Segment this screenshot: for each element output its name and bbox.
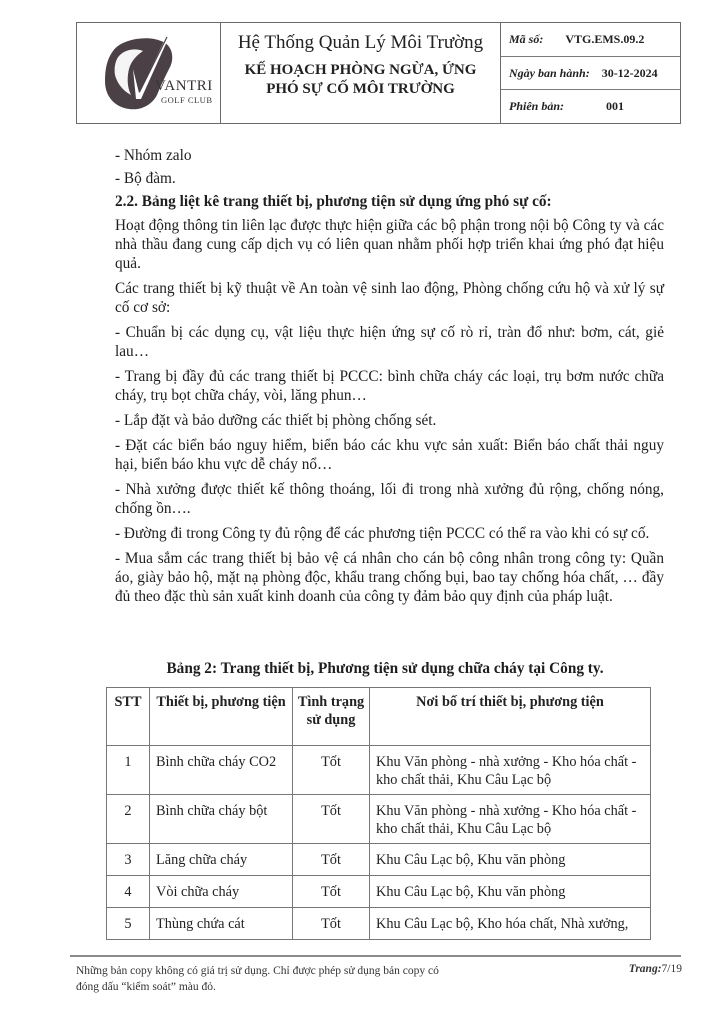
para-communication: Hoạt động thông tin liên lạc được thực h… <box>115 216 664 273</box>
cell-status: Tốt <box>293 908 370 940</box>
table-row: 4 Vòi chữa cháy Tốt Khu Câu Lạc bộ, Khu … <box>107 876 651 908</box>
cell-stt: 5 <box>107 908 150 940</box>
cell-status: Tốt <box>293 746 370 795</box>
document-header: VANTRI GOLF CLUB Hệ Thống Quản Lý Môi Tr… <box>76 22 681 124</box>
doc-code-label: Mã số: <box>509 32 543 47</box>
version-label: Phiên bản: <box>509 99 564 114</box>
bullet-zalo: - Nhóm zalo <box>115 146 664 165</box>
page-label: Trang: <box>629 963 662 975</box>
cell-equipment: Bình chữa cháy CO2 <box>150 746 293 795</box>
bullet-radio: - Bộ đàm. <box>115 169 664 188</box>
doc-info: Mã số: VTG.EMS.09.2 Ngày ban hành: 30-12… <box>501 23 680 123</box>
doc-code-row: Mã số: VTG.EMS.09.2 <box>501 23 680 57</box>
table-row: 1 Bình chữa cháy CO2 Tốt Khu Văn phòng -… <box>107 746 651 795</box>
cell-equipment: Bình chữa cháy bột <box>150 795 293 844</box>
doc-title-line2: PHÓ SỰ CỐ MÔI TRƯỜNG <box>221 80 500 99</box>
cell-location: Khu Câu Lạc bộ, Khu văn phòng <box>370 844 651 876</box>
page-indicator: Trang:7/19 <box>629 963 682 975</box>
header-status: Tình trạng sử dụng <box>293 688 370 746</box>
cell-equipment: Lăng chữa cháy <box>150 844 293 876</box>
table-header-row: STT Thiết bị, phương tiện Tình trạng sử … <box>107 688 651 746</box>
issue-date-label: Ngày ban hành: <box>509 66 590 81</box>
bullet-item: - Nhà xưởng được thiết kế thông thoáng, … <box>115 480 664 518</box>
cell-equipment: Thùng chứa cát <box>150 908 293 940</box>
header-location: Nơi bố trí thiết bị, phương tiện <box>370 688 651 746</box>
table-row: 2 Bình chữa cháy bột Tốt Khu Văn phòng -… <box>107 795 651 844</box>
para-equipment-intro: Các trang thiết bị kỹ thuật về An toàn v… <box>115 279 664 317</box>
bullet-item: - Mua sắm các trang thiết bị bảo vệ cá n… <box>115 549 664 606</box>
cell-equipment: Vòi chữa cháy <box>150 876 293 908</box>
section-heading: 2.2. Bảng liệt kê trang thiết bị, phương… <box>115 192 664 211</box>
equipment-table: STT Thiết bị, phương tiện Tình trạng sử … <box>106 687 651 940</box>
footer-note: Những bản copy không có giá trị sử dụng.… <box>76 963 456 995</box>
company-logo: VANTRI GOLF CLUB <box>77 23 221 123</box>
cell-location: Khu Câu Lạc bộ, Kho hóa chất, Nhà xưởng, <box>370 908 651 940</box>
bullet-item: - Đường đi trong Công ty đủ rộng để các … <box>115 524 664 543</box>
logo-subtitle: GOLF CLUB <box>161 95 213 105</box>
bullet-item: - Đặt các biển báo nguy hiểm, biển báo c… <box>115 436 664 474</box>
issue-date-row: Ngày ban hành: 30-12-2024 <box>501 57 680 91</box>
cell-stt: 1 <box>107 746 150 795</box>
footer-divider <box>70 955 681 957</box>
issue-date-value: 30-12-2024 <box>602 66 658 81</box>
vantri-leaf-check-icon <box>87 29 217 119</box>
cell-status: Tốt <box>293 844 370 876</box>
table-row: 5 Thùng chứa cát Tốt Khu Câu Lạc bộ, Kho… <box>107 908 651 940</box>
cell-location: Khu Văn phòng - nhà xưởng - Kho hóa chất… <box>370 746 651 795</box>
header-title-block: Hệ Thống Quản Lý Môi Trường KẾ HOẠCH PHÒ… <box>221 23 501 123</box>
version-row: Phiên bản: 001 <box>501 90 680 123</box>
header-equipment: Thiết bị, phương tiện <box>150 688 293 746</box>
cell-status: Tốt <box>293 795 370 844</box>
cell-location: Khu Văn phòng - nhà xưởng - Kho hóa chất… <box>370 795 651 844</box>
bullet-item: - Trang bị đầy đủ các trang thiết bị PCC… <box>115 367 664 405</box>
version-value: 001 <box>606 99 624 114</box>
table-caption: Bảng 2: Trang thiết bị, Phương tiện sử d… <box>0 660 724 678</box>
system-title: Hệ Thống Quản Lý Môi Trường <box>221 31 500 55</box>
cell-stt: 4 <box>107 876 150 908</box>
cell-location: Khu Câu Lạc bộ, Khu văn phòng <box>370 876 651 908</box>
doc-title-line1: KẾ HOẠCH PHÒNG NGỪA, ỨNG <box>221 61 500 80</box>
header-stt: STT <box>107 688 150 746</box>
bullet-item: - Chuẩn bị các dụng cụ, vật liệu thực hi… <box>115 323 664 361</box>
document-body: - Nhóm zalo - Bộ đàm. 2.2. Bảng liệt kê … <box>115 146 664 612</box>
bullet-item: - Lắp đặt và bảo dưỡng các thiết bị phòn… <box>115 411 664 430</box>
table-row: 3 Lăng chữa cháy Tốt Khu Câu Lạc bộ, Khu… <box>107 844 651 876</box>
cell-stt: 2 <box>107 795 150 844</box>
logo-name: VANTRI <box>155 79 213 94</box>
cell-status: Tốt <box>293 876 370 908</box>
page-number: 7/19 <box>662 963 682 975</box>
doc-code-value: VTG.EMS.09.2 <box>565 32 644 47</box>
cell-stt: 3 <box>107 844 150 876</box>
